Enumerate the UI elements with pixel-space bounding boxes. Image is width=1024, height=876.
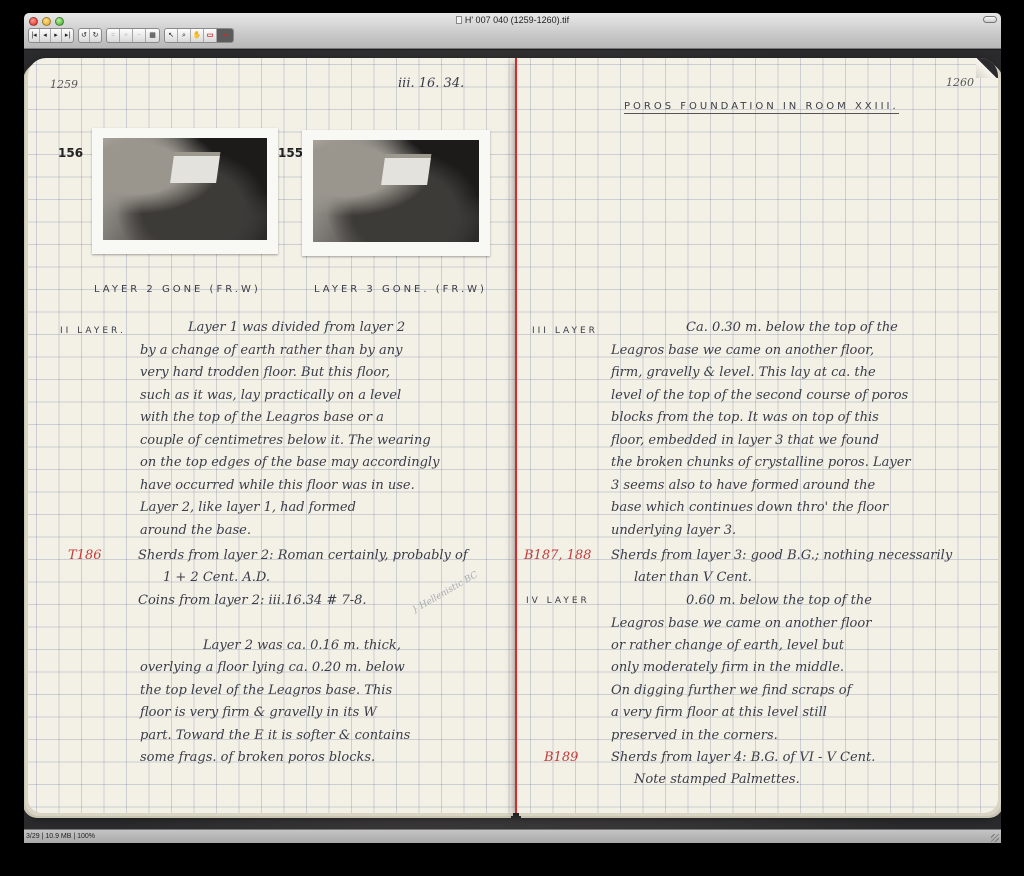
photo-layer-3[interactable] bbox=[302, 130, 490, 256]
text-line: underlying layer 3. bbox=[611, 523, 736, 538]
catalog-annotation: T186 bbox=[68, 548, 101, 563]
photo-number: 156 bbox=[58, 146, 83, 160]
text-line: with the top of the Leagros base or a bbox=[140, 410, 384, 425]
section-label: IV LAYER bbox=[526, 596, 590, 606]
title-bar[interactable]: H' 007 040 (1259-1260).tif |◂ ◂ ▸ ▸| ↺ ↻… bbox=[24, 13, 1001, 49]
image-viewer-window: H' 007 040 (1259-1260).tif |◂ ◂ ▸ ▸| ↺ ↻… bbox=[24, 13, 1001, 843]
section-label: III LAYER bbox=[532, 326, 598, 336]
zoom-out-button[interactable]: − bbox=[133, 29, 146, 42]
text-line: floor is very firm & gravelly in its W bbox=[140, 705, 377, 720]
page-heading: POROS FOUNDATION IN ROOM XXIII. bbox=[624, 101, 899, 114]
toolbar-toggle-button[interactable] bbox=[983, 16, 997, 23]
rectangle-tool-button[interactable]: ▭ bbox=[204, 29, 217, 42]
text-line: or rather change of earth, level but bbox=[611, 638, 844, 653]
text-line: On digging further we find scraps of bbox=[611, 683, 851, 698]
zoom-in-button[interactable]: + bbox=[120, 29, 133, 42]
toolbar: |◂ ◂ ▸ ▸| ↺ ↻ = + − ▦ ↖ ⌕ ✋ ▭ ━ bbox=[28, 28, 234, 43]
text-line: have occurred while this floor was in us… bbox=[140, 478, 415, 493]
line-tool-button[interactable]: ━ bbox=[217, 29, 233, 42]
photo-layer-2[interactable] bbox=[92, 128, 278, 254]
text-line: Ca. 0.30 m. below the top of the bbox=[686, 320, 898, 335]
text-line: on the top edges of the base may accordi… bbox=[140, 455, 439, 470]
photo-number: 155 bbox=[278, 146, 303, 160]
text-line: 0.60 m. below the top of the bbox=[686, 593, 872, 608]
left-page: 1259 iii. 16. 34. 156 155 LAYER 2 GONE (… bbox=[28, 58, 516, 813]
pencil-note: } Hellenistic BC bbox=[410, 570, 479, 616]
entry-date: iii. 16. 34. bbox=[398, 76, 464, 91]
page-corner-curl bbox=[976, 58, 998, 78]
hand-tool-button[interactable]: ✋ bbox=[191, 29, 204, 42]
right-page: 1260 POROS FOUNDATION IN ROOM XXIII. III… bbox=[516, 58, 998, 813]
text-line: 1 + 2 Cent. A.D. bbox=[163, 570, 270, 585]
text-line: Note stamped Palmettes. bbox=[634, 772, 800, 787]
text-line: blocks from the top. It was on top of th… bbox=[611, 410, 879, 425]
text-line: couple of centimetres below it. The wear… bbox=[140, 433, 431, 448]
text-line: Sherds from layer 4: B.G. of VI - V Cent… bbox=[611, 750, 875, 765]
text-line: part. Toward the E it is softer & contai… bbox=[140, 728, 410, 743]
text-line: 3 seems also to have formed around the bbox=[611, 478, 875, 493]
text-line: such as it was, lay practically on a lev… bbox=[140, 388, 401, 403]
text-line: some frags. of broken poros blocks. bbox=[140, 750, 375, 765]
last-page-button[interactable]: ▸| bbox=[62, 29, 73, 42]
rotate-right-button[interactable]: ↻ bbox=[90, 29, 101, 42]
text-line: only moderately firm in the middle. bbox=[611, 660, 844, 675]
text-line: preserved in the corners. bbox=[611, 728, 778, 743]
notebook-scan: 1259 iii. 16. 34. 156 155 LAYER 2 GONE (… bbox=[28, 58, 998, 823]
window-title: H' 007 040 (1259-1260).tif bbox=[24, 15, 1001, 25]
text-line: Coins from layer 2: iii.16.34 # 7-8. bbox=[138, 593, 367, 608]
window-title-text: H' 007 040 (1259-1260).tif bbox=[465, 15, 569, 25]
section-label: II LAYER. bbox=[60, 326, 126, 336]
text-line: base which continues down thro' the floo… bbox=[611, 500, 888, 515]
red-margin-line bbox=[515, 58, 517, 813]
navigation-group: |◂ ◂ ▸ ▸| bbox=[28, 28, 74, 43]
text-line: floor, embedded in layer 3 that we found bbox=[611, 433, 879, 448]
page-number: 1259 bbox=[50, 78, 78, 91]
previous-page-button[interactable]: ◂ bbox=[40, 29, 51, 42]
status-bar: 3/29 | 10.9 MB | 100% bbox=[24, 829, 1001, 843]
text-line: Sherds from layer 2: Roman certainly, pr… bbox=[138, 548, 468, 563]
text-line: very hard trodden floor. But this floor, bbox=[140, 365, 390, 380]
tools-group: ↖ ⌕ ✋ ▭ ━ bbox=[164, 28, 234, 43]
magnify-tool-button[interactable]: ⌕ bbox=[178, 29, 191, 42]
first-page-button[interactable]: |◂ bbox=[29, 29, 40, 42]
text-line: Leagros base we came on another floor, bbox=[611, 343, 874, 358]
status-text: 3/29 | 10.9 MB | 100% bbox=[26, 833, 95, 840]
photo-caption: LAYER 2 GONE (FR.W) bbox=[94, 284, 261, 295]
actual-size-button[interactable]: = bbox=[107, 29, 120, 42]
excavation-photo bbox=[313, 140, 479, 242]
catalog-annotation: B187, 188 bbox=[524, 548, 591, 563]
excavation-photo bbox=[103, 138, 267, 240]
text-line: the broken chunks of crystalline poros. … bbox=[611, 455, 911, 470]
text-line: Sherds from layer 3: good B.G.; nothing … bbox=[611, 548, 952, 563]
next-page-button[interactable]: ▸ bbox=[51, 29, 62, 42]
document-icon bbox=[456, 16, 462, 24]
text-line: around the base. bbox=[140, 523, 251, 538]
photo-caption: LAYER 3 GONE. (FR.W) bbox=[314, 284, 487, 295]
text-line: Layer 1 was divided from layer 2 bbox=[188, 320, 405, 335]
text-line: overlying a floor lying ca. 0.20 m. belo… bbox=[140, 660, 405, 675]
catalog-annotation: B189 bbox=[544, 750, 578, 765]
text-line: Layer 2 was ca. 0.16 m. thick, bbox=[203, 638, 401, 653]
text-line: level of the top of the second course of… bbox=[611, 388, 908, 403]
select-tool-button[interactable]: ↖ bbox=[165, 29, 178, 42]
rotate-group: ↺ ↻ bbox=[78, 28, 102, 43]
text-line: a very firm floor at this level still bbox=[611, 705, 827, 720]
zoom-group: = + − ▦ bbox=[106, 28, 160, 43]
rotate-left-button[interactable]: ↺ bbox=[79, 29, 90, 42]
text-line: Leagros base we came on another floor bbox=[611, 616, 871, 631]
text-line: firm, gravelly & level. This lay at ca. … bbox=[611, 365, 876, 380]
page-number: 1260 bbox=[946, 76, 974, 89]
resize-grip-icon[interactable] bbox=[991, 834, 999, 842]
text-line: by a change of earth rather than by any bbox=[140, 343, 402, 358]
text-line: later than V Cent. bbox=[634, 570, 752, 585]
image-canvas[interactable]: 1259 iii. 16. 34. 156 155 LAYER 2 GONE (… bbox=[24, 50, 1001, 829]
zoom-to-fit-button[interactable]: ▦ bbox=[146, 29, 159, 42]
text-line: the top level of the Leagros base. This bbox=[140, 683, 392, 698]
text-line: Layer 2, like layer 1, had formed bbox=[140, 500, 356, 515]
